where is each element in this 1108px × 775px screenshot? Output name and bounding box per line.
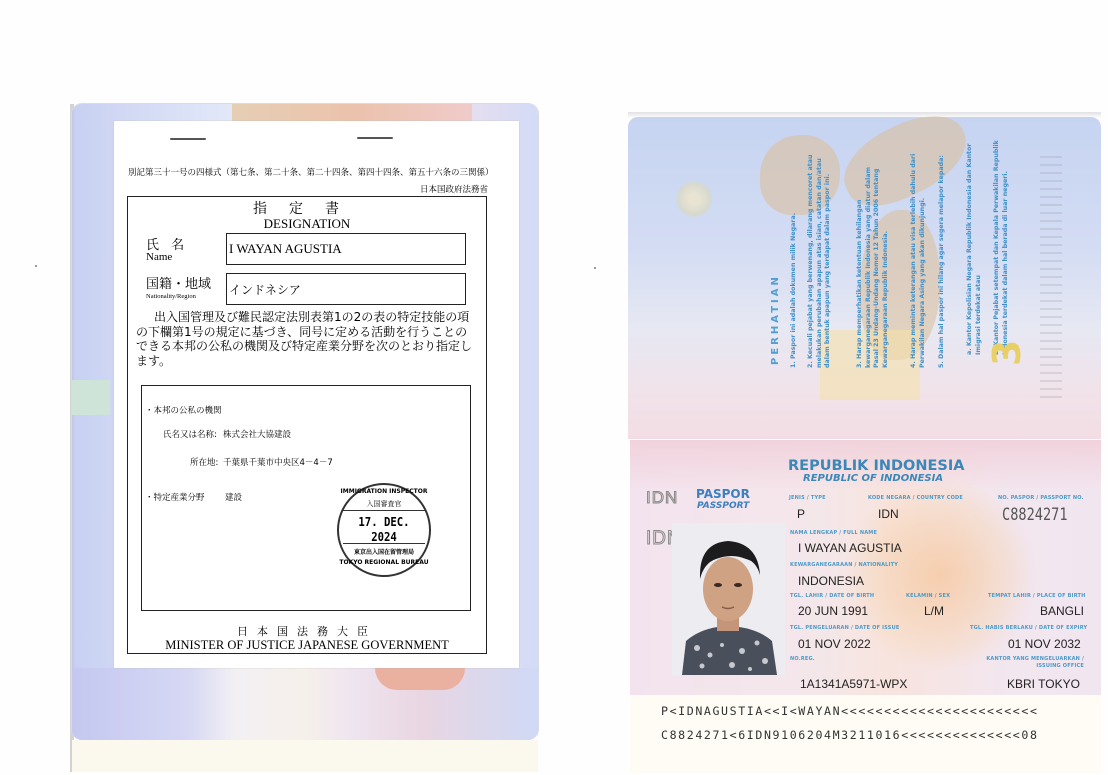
- name-field: I WAYAN AGUSTIA: [226, 233, 466, 265]
- place-of-birth-label: TEMPAT LAHIR / PLACE OF BIRTH: [988, 593, 1086, 599]
- nationality-label-jp: 国籍・地域: [146, 273, 211, 292]
- notice-item-3: 3. Harap memperhatikan ketentuan kehilan…: [856, 148, 890, 368]
- designation-paragraph: 出入国管理及び難民認定法別表第1の2の表の特定技能の項の下欄第1号の規定に基づき…: [136, 310, 476, 368]
- mrz-line-1: P<IDNAGUSTIA<<I<WAYAN<<<<<<<<<<<<<<<<<<<…: [661, 704, 1039, 718]
- country-code-value: IDN: [878, 507, 899, 521]
- notice-item-5a: a. Kantor Kepolisian Negara Republik Ind…: [966, 135, 983, 355]
- idn-mark: IDN: [646, 488, 678, 508]
- reg-no-value: 1A1341A5971-WPX: [800, 677, 907, 691]
- page-pattern-bottom: [72, 668, 538, 740]
- org-address-label: 所在地:: [190, 456, 218, 468]
- stamp-bottom-text: TOKYO REGIONAL BUREAU: [337, 559, 431, 566]
- industry-field-label: ・特定産業分野: [145, 491, 205, 503]
- notice-item-4: 4. Harap meminta keterangan atau visa te…: [910, 148, 927, 368]
- expiry-date-label: TGL. HABIS BERLAKU / DATE OF EXPIRY: [970, 625, 1087, 631]
- issue-date-value: 01 NOV 2022: [798, 637, 871, 651]
- passport-no-value: C8824271: [1002, 505, 1068, 525]
- staple: [357, 137, 393, 139]
- name-label-en: Name: [146, 251, 172, 263]
- stamp-bottom-text-jp: 東京出入国在留管理局: [337, 547, 431, 556]
- country-code-label: KODE NEGARA / COUNTRY CODE: [868, 495, 963, 501]
- page-pattern-green: [72, 380, 110, 415]
- portrait-image: [672, 523, 785, 675]
- legal-reference: 別記第三十一号の四様式（第七条、第二十条、第二十四条、第四十四条、第五十六条の三…: [128, 166, 498, 178]
- nationality-field: インドネシア: [226, 273, 466, 305]
- page-number: 3: [985, 340, 1029, 366]
- industry-field-value: 建設: [225, 491, 242, 503]
- staple: [170, 138, 206, 140]
- minister-title-en: MINISTER OF JUSTICE JAPANESE GOVERNMENT: [127, 638, 487, 653]
- country-title-en: REPUBLIC OF INDONESIA: [803, 473, 943, 484]
- nationality-label: KEWARGANEGARAAN / NATIONALITY: [790, 562, 898, 568]
- mrz-line-2: C8824271<6IDN9106204M3211016<<<<<<<<<<<<…: [661, 728, 1039, 742]
- reg-no-label: NO.REG.: [790, 656, 815, 662]
- org-name-label: 氏名又は名称:: [163, 428, 217, 440]
- org-address-value: 千葉県千葉市中央区4－4－7: [223, 456, 333, 468]
- issuing-office-value: KBRI TOKYO: [1007, 677, 1080, 691]
- type-value: P: [797, 507, 805, 521]
- country-title: REPUBLIK INDONESIA: [788, 458, 964, 474]
- dob-value: 20 JUN 1991: [798, 604, 868, 618]
- holder-photo: [672, 523, 785, 675]
- document-title-jp: 指定書: [127, 198, 487, 218]
- document-title-en: DESIGNATION: [127, 216, 487, 232]
- org-name-value: 株式会社大協建設: [223, 428, 291, 440]
- notice-item-1: 1. Paspor ini adalah dokumen milik Negar…: [790, 148, 799, 368]
- sex-value: L/M: [924, 604, 944, 618]
- notice-item-5: 5. Dalam hal paspor ini hilang agar sege…: [938, 148, 947, 368]
- stamp-top-text-jp: 入国審査官: [337, 499, 431, 509]
- full-name-label: NAMA LENGKAP / FULL NAME: [790, 530, 877, 536]
- perforated-number: [1040, 150, 1062, 400]
- page-pattern-salmon: [375, 668, 465, 690]
- passport-label: PASSPORT: [697, 501, 749, 511]
- nationality-value: INDONESIA: [798, 574, 864, 588]
- passport-no-label: NO. PASPOR / PASSPORT NO.: [998, 495, 1084, 501]
- full-name-value: I WAYAN AGUSTIA: [798, 541, 902, 555]
- place-of-birth-value: BANGLI: [1040, 604, 1084, 618]
- garuda-emblem-icon: [675, 180, 713, 218]
- page-pattern-strip: [232, 104, 472, 122]
- next-page-edge: [72, 740, 538, 772]
- scan-speck: [594, 267, 596, 269]
- expiry-date-value: 01 NOV 2032: [1008, 637, 1081, 651]
- notice-item-5b: b. Kantor Pejabat setempat dan Kepala Pe…: [993, 135, 1010, 355]
- issuing-office-label: KANTOR YANG MENGELUARKAN / ISSUING OFFIC…: [984, 656, 1084, 670]
- paspor-label: PASPOR: [696, 487, 750, 501]
- minister-title-jp: 日本国法務大臣: [127, 623, 487, 639]
- notice-item-2: 2. Kecuali pejabat yang berwenang, dilar…: [807, 148, 833, 368]
- nationality-label-en: Nationality/Region: [146, 293, 196, 300]
- dob-label: TGL. LAHIR / DATE OF BIRTH: [790, 593, 874, 599]
- org-heading: ・本邦の公私の機関: [145, 404, 222, 416]
- issuing-ministry: 日本国政府法務省: [380, 183, 488, 195]
- notice-heading: PERHATIAN: [770, 274, 781, 365]
- scan-speck: [35, 265, 37, 267]
- stamp-top-text: IMMIGRATION INSPECTOR: [337, 488, 431, 495]
- issue-date-label: TGL. PENGELUARAN / DATE OF ISSUE: [790, 625, 899, 631]
- stamp-date: 17. DEC. 2024: [344, 514, 424, 544]
- type-label: JENIS / TYPE: [789, 495, 826, 501]
- sex-label: KELAMIN / SEX: [906, 593, 950, 599]
